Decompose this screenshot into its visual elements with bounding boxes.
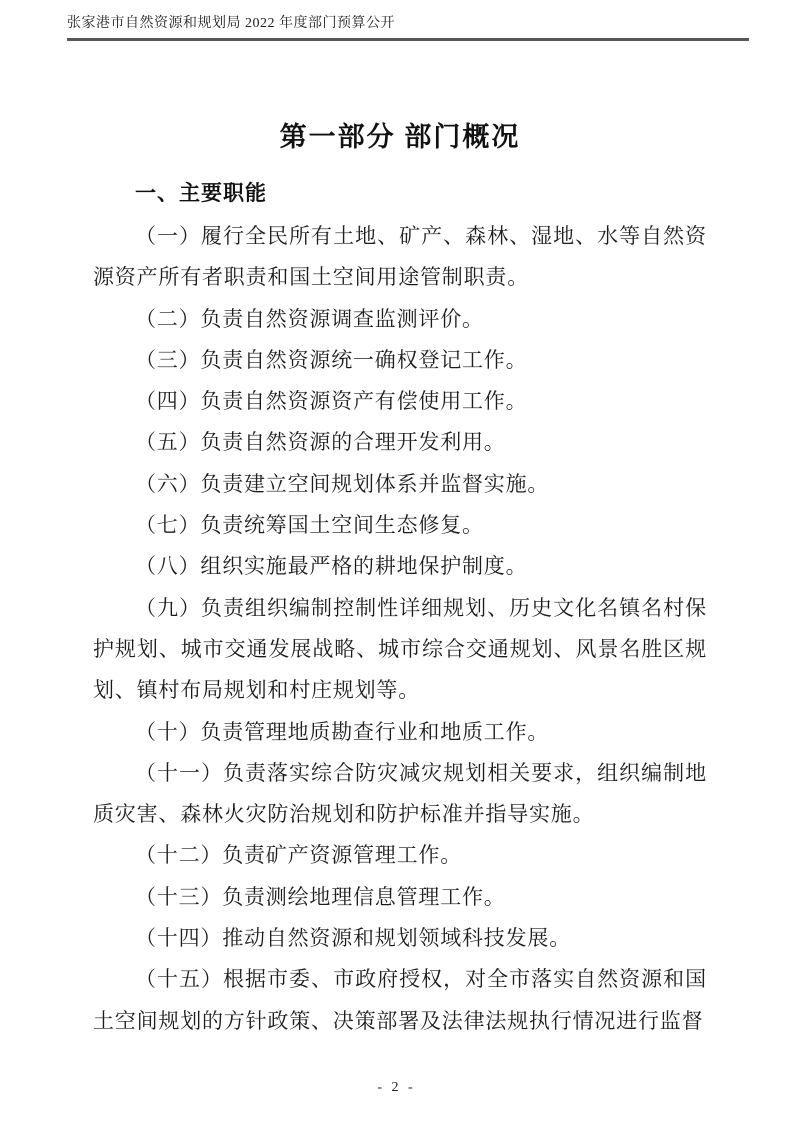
document-body: 第一部分 部门概况 一、主要职能 （一）履行全民所有土地、矿产、森林、湿地、水等…: [93, 0, 707, 1042]
part-title: 第一部分 部门概况: [93, 117, 707, 157]
paragraph-item-12: （十二）负责矿产资源管理工作。: [93, 835, 707, 876]
paragraph-item-14: （十四）推动自然资源和规划领域科技发展。: [93, 918, 707, 959]
paragraph-item-1: （一）履行全民所有土地、矿产、森林、湿地、水等自然资源资产所有者职责和国土空间用…: [93, 216, 707, 299]
paragraph-item-6: （六）负责建立空间规划体系并监督实施。: [93, 464, 707, 505]
paragraph-item-3: （三）负责自然资源统一确权登记工作。: [93, 340, 707, 381]
paragraph-item-5: （五）负责自然资源的合理开发利用。: [93, 422, 707, 463]
paragraph-item-11: （十一）负责落实综合防灾减灾规划相关要求，组织编制地质灾害、森林火灾防治规划和防…: [93, 753, 707, 836]
paragraph-item-7: （七）负责统筹国土空间生态修复。: [93, 505, 707, 546]
document-page: 张家港市自然资源和规划局 2022 年度部门预算公开 第一部分 部门概况 一、主…: [0, 0, 793, 1122]
page-number: - 2 -: [377, 1080, 415, 1095]
paragraph-item-13: （十三）负责测绘地理信息管理工作。: [93, 877, 707, 918]
paragraph-item-9: （九）负责组织编制控制性详细规划、历史文化名镇名村保护规划、城市交通发展战略、城…: [93, 588, 707, 712]
paragraph-item-2: （二）负责自然资源调查监测评价。: [93, 299, 707, 340]
section-heading: 一、主要职能: [93, 178, 707, 208]
paragraph-item-10: （十）负责管理地质勘查行业和地质工作。: [93, 712, 707, 753]
paragraph-item-4: （四）负责自然资源资产有偿使用工作。: [93, 381, 707, 422]
paragraph-item-8: （八）组织实施最严格的耕地保护制度。: [93, 546, 707, 587]
page-footer: - 2 -: [0, 1078, 793, 1096]
paragraph-item-15: （十五）根据市委、市政府授权，对全市落实自然资源和国土空间规划的方针政策、决策部…: [93, 959, 707, 1042]
